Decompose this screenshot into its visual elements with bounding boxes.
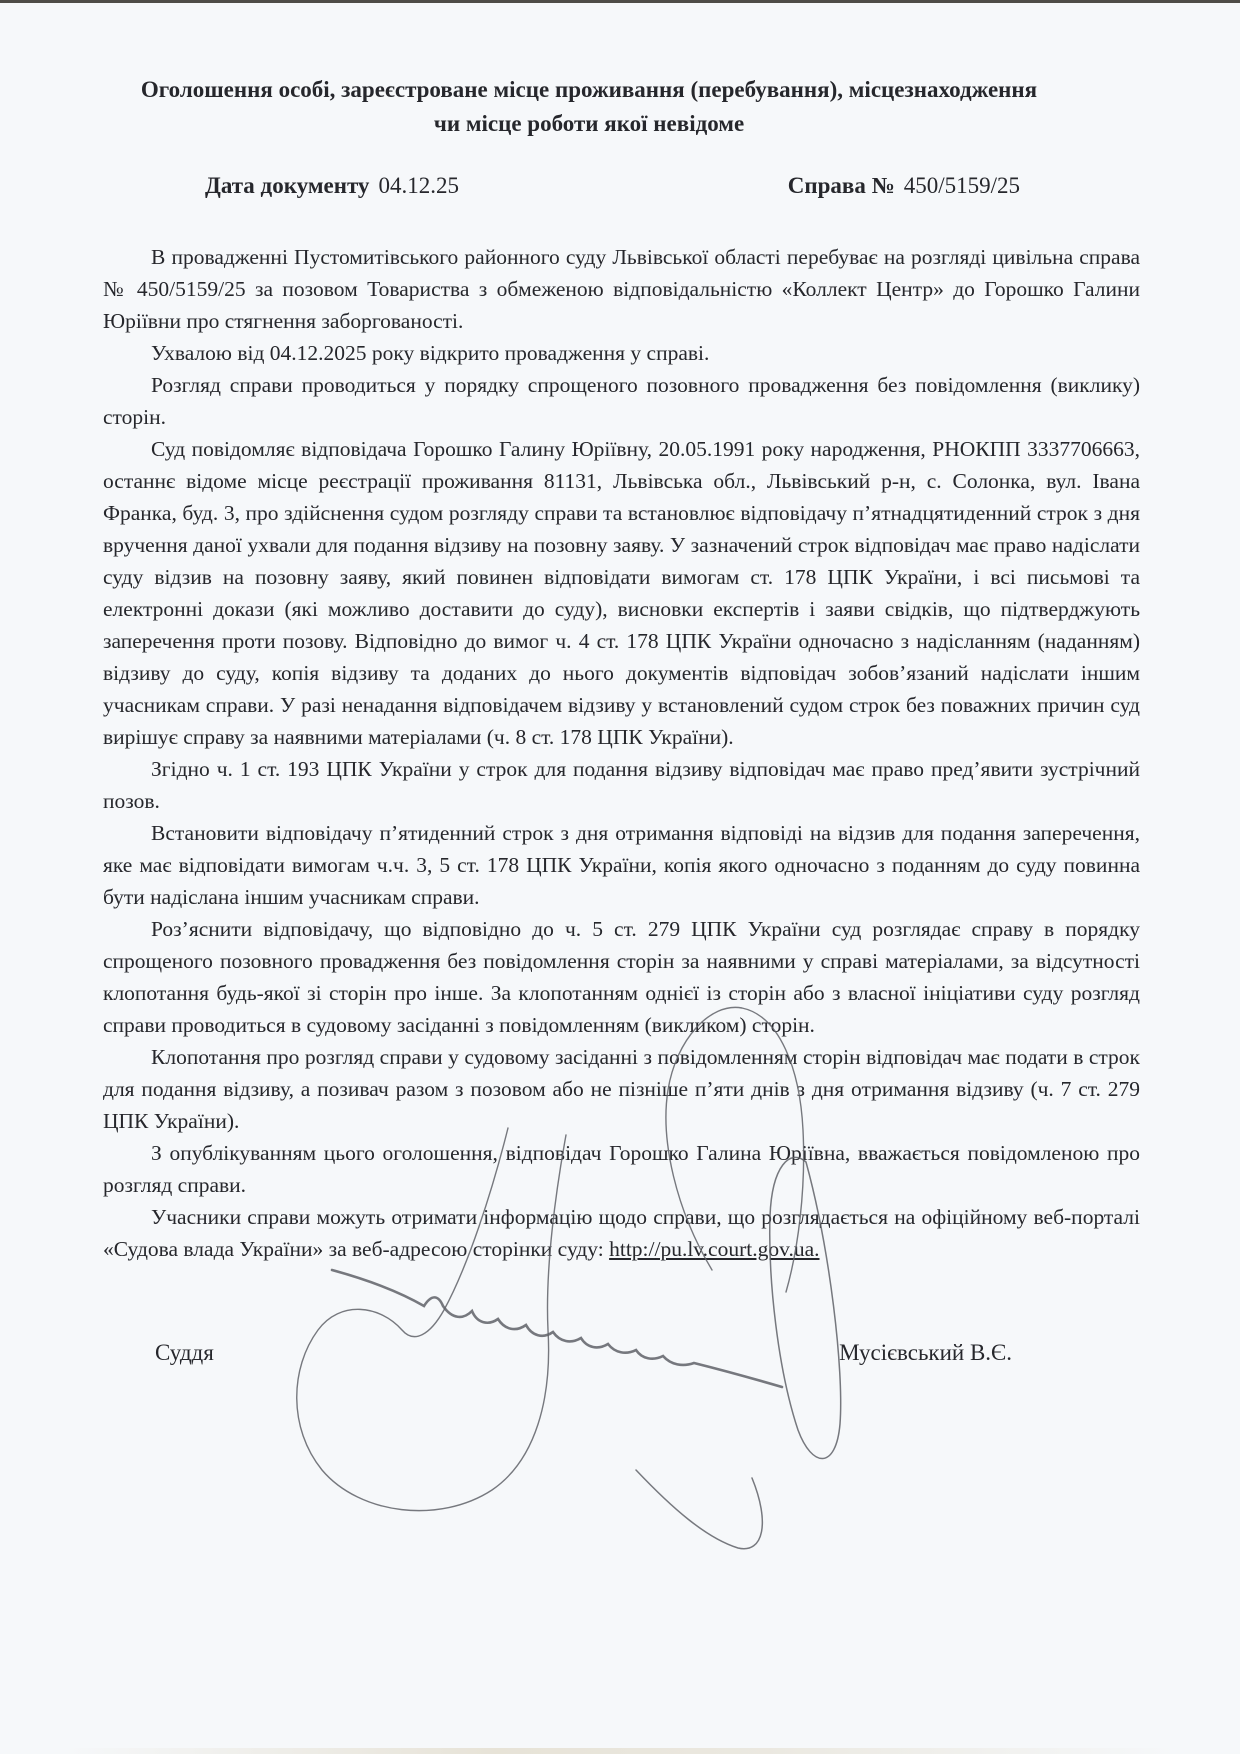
signature-bottom-hook [636, 1470, 762, 1549]
scan-bottom-edge [0, 1748, 1240, 1754]
document-title-line1: Оголошення особі, зареєстроване місце пр… [123, 73, 1055, 107]
document-date-value: 04.12.25 [378, 173, 459, 198]
body-paragraph-8: Клопотання про розгляд справи у судовому… [103, 1041, 1140, 1137]
body-paragraph-6: Встановити відповідачу п’ятиденний строк… [103, 817, 1140, 913]
body-paragraph-7: Роз’яснити відповідачу, що відповідно до… [103, 913, 1140, 1041]
body-paragraph-9: З опублікуванням цього оголошення, відпо… [103, 1137, 1140, 1201]
document-title-line2: чи місце роботи якої невідоме [123, 107, 1055, 141]
body-paragraph-2: Ухвалою від 04.12.2025 року відкрито про… [103, 337, 1140, 369]
body-paragraph-5: Згідно ч. 1 ст. 193 ЦПК України у строк … [103, 753, 1140, 817]
document-date: Дата документу04.12.25 [205, 171, 459, 201]
document-meta-row: Дата документу04.12.25 Справа №450/5159/… [103, 171, 1140, 201]
signature-row: Суддя Мусієвський В.Є. [103, 1340, 1140, 1366]
judge-name: Мусієвський В.Є. [839, 1340, 1012, 1366]
case-number: Справа №450/5159/25 [788, 171, 1020, 201]
document-body: В провадженні Пустомитівського районного… [103, 241, 1140, 1265]
court-website-link[interactable]: http://pu.lv.court.gov.ua. [609, 1237, 819, 1261]
case-number-value: 450/5159/25 [904, 173, 1020, 198]
body-paragraph-4: Суд повідомляє відповідача Горошко Галин… [103, 433, 1140, 753]
body-paragraph-web: Учасники справи можуть отримати інформац… [103, 1201, 1140, 1265]
signature-wavy-stroke [332, 1270, 782, 1387]
scanned-court-document-page: { "document": { "title_line1": "Оголошен… [0, 0, 1240, 1754]
body-paragraph-1: В провадженні Пустомитівського районного… [103, 241, 1140, 337]
document-date-label: Дата документу [205, 173, 369, 198]
document-content: Оголошення особі, зареєстроване місце пр… [103, 0, 1140, 1265]
document-title: Оголошення особі, зареєстроване місце пр… [123, 73, 1055, 141]
case-number-label: Справа № [788, 173, 895, 198]
body-paragraph-3: Розгляд справи проводиться у порядку спр… [103, 369, 1140, 433]
judge-role-label: Суддя [155, 1340, 214, 1366]
